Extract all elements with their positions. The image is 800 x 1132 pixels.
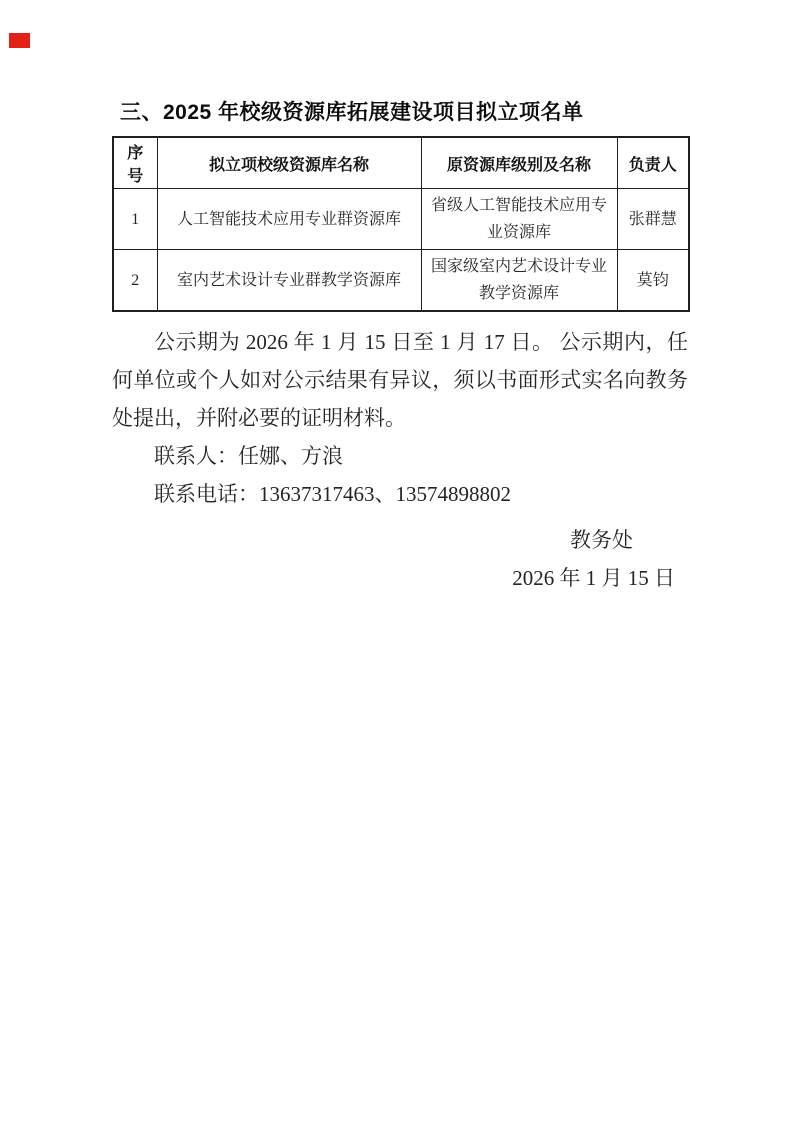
contact-person-line: 联系人：任娜、方浪 [112,437,688,475]
document-content: 三、2025 年校级资源库拓展建设项目拟立项名单 序号 拟立项校级资源库名称 原… [112,0,688,597]
table-row: 2 室内艺术设计专业群教学资源库 国家级室内艺术设计专业教学资源库 莫钧 [113,250,689,312]
section-title: 三、2025 年校级资源库拓展建设项目拟立项名单 [112,99,688,127]
cell-proposed-name: 人工智能技术应用专业群资源库 [157,189,421,250]
cell-proposed-name: 室内艺术设计专业群教学资源库 [157,250,421,312]
table-header-row: 序号 拟立项校级资源库名称 原资源库级别及名称 负责人 [113,137,689,189]
column-header-no: 序号 [113,137,157,189]
project-table: 序号 拟立项校级资源库名称 原资源库级别及名称 负责人 1 人工智能技术应用专业… [112,136,690,312]
signoff-department: 教务处 [112,521,688,559]
table-row: 1 人工智能技术应用专业群资源库 省级人工智能技术应用专业资源库 张群慧 [113,189,689,250]
cell-row-number: 1 [113,189,157,250]
signoff-date: 2026 年 1 月 15 日 [112,559,688,597]
cell-leader: 张群慧 [617,189,689,250]
cell-leader: 莫钧 [617,250,689,312]
column-header-leader: 负责人 [617,137,689,189]
cell-origin-level: 国家级室内艺术设计专业教学资源库 [421,250,617,312]
notice-paragraph: 公示期为 2026 年 1 月 15 日至 1 月 17 日。 公示期内，任何单… [112,323,688,437]
red-stamp-mark [9,33,30,48]
contact-phone-line: 联系电话：13637317463、13574898802 [112,475,688,513]
column-header-proposed-name: 拟立项校级资源库名称 [157,137,421,189]
cell-row-number: 2 [113,250,157,312]
document-page: 三、2025 年校级资源库拓展建设项目拟立项名单 序号 拟立项校级资源库名称 原… [0,0,800,1132]
column-header-origin-level: 原资源库级别及名称 [421,137,617,189]
cell-origin-level: 省级人工智能技术应用专业资源库 [421,189,617,250]
